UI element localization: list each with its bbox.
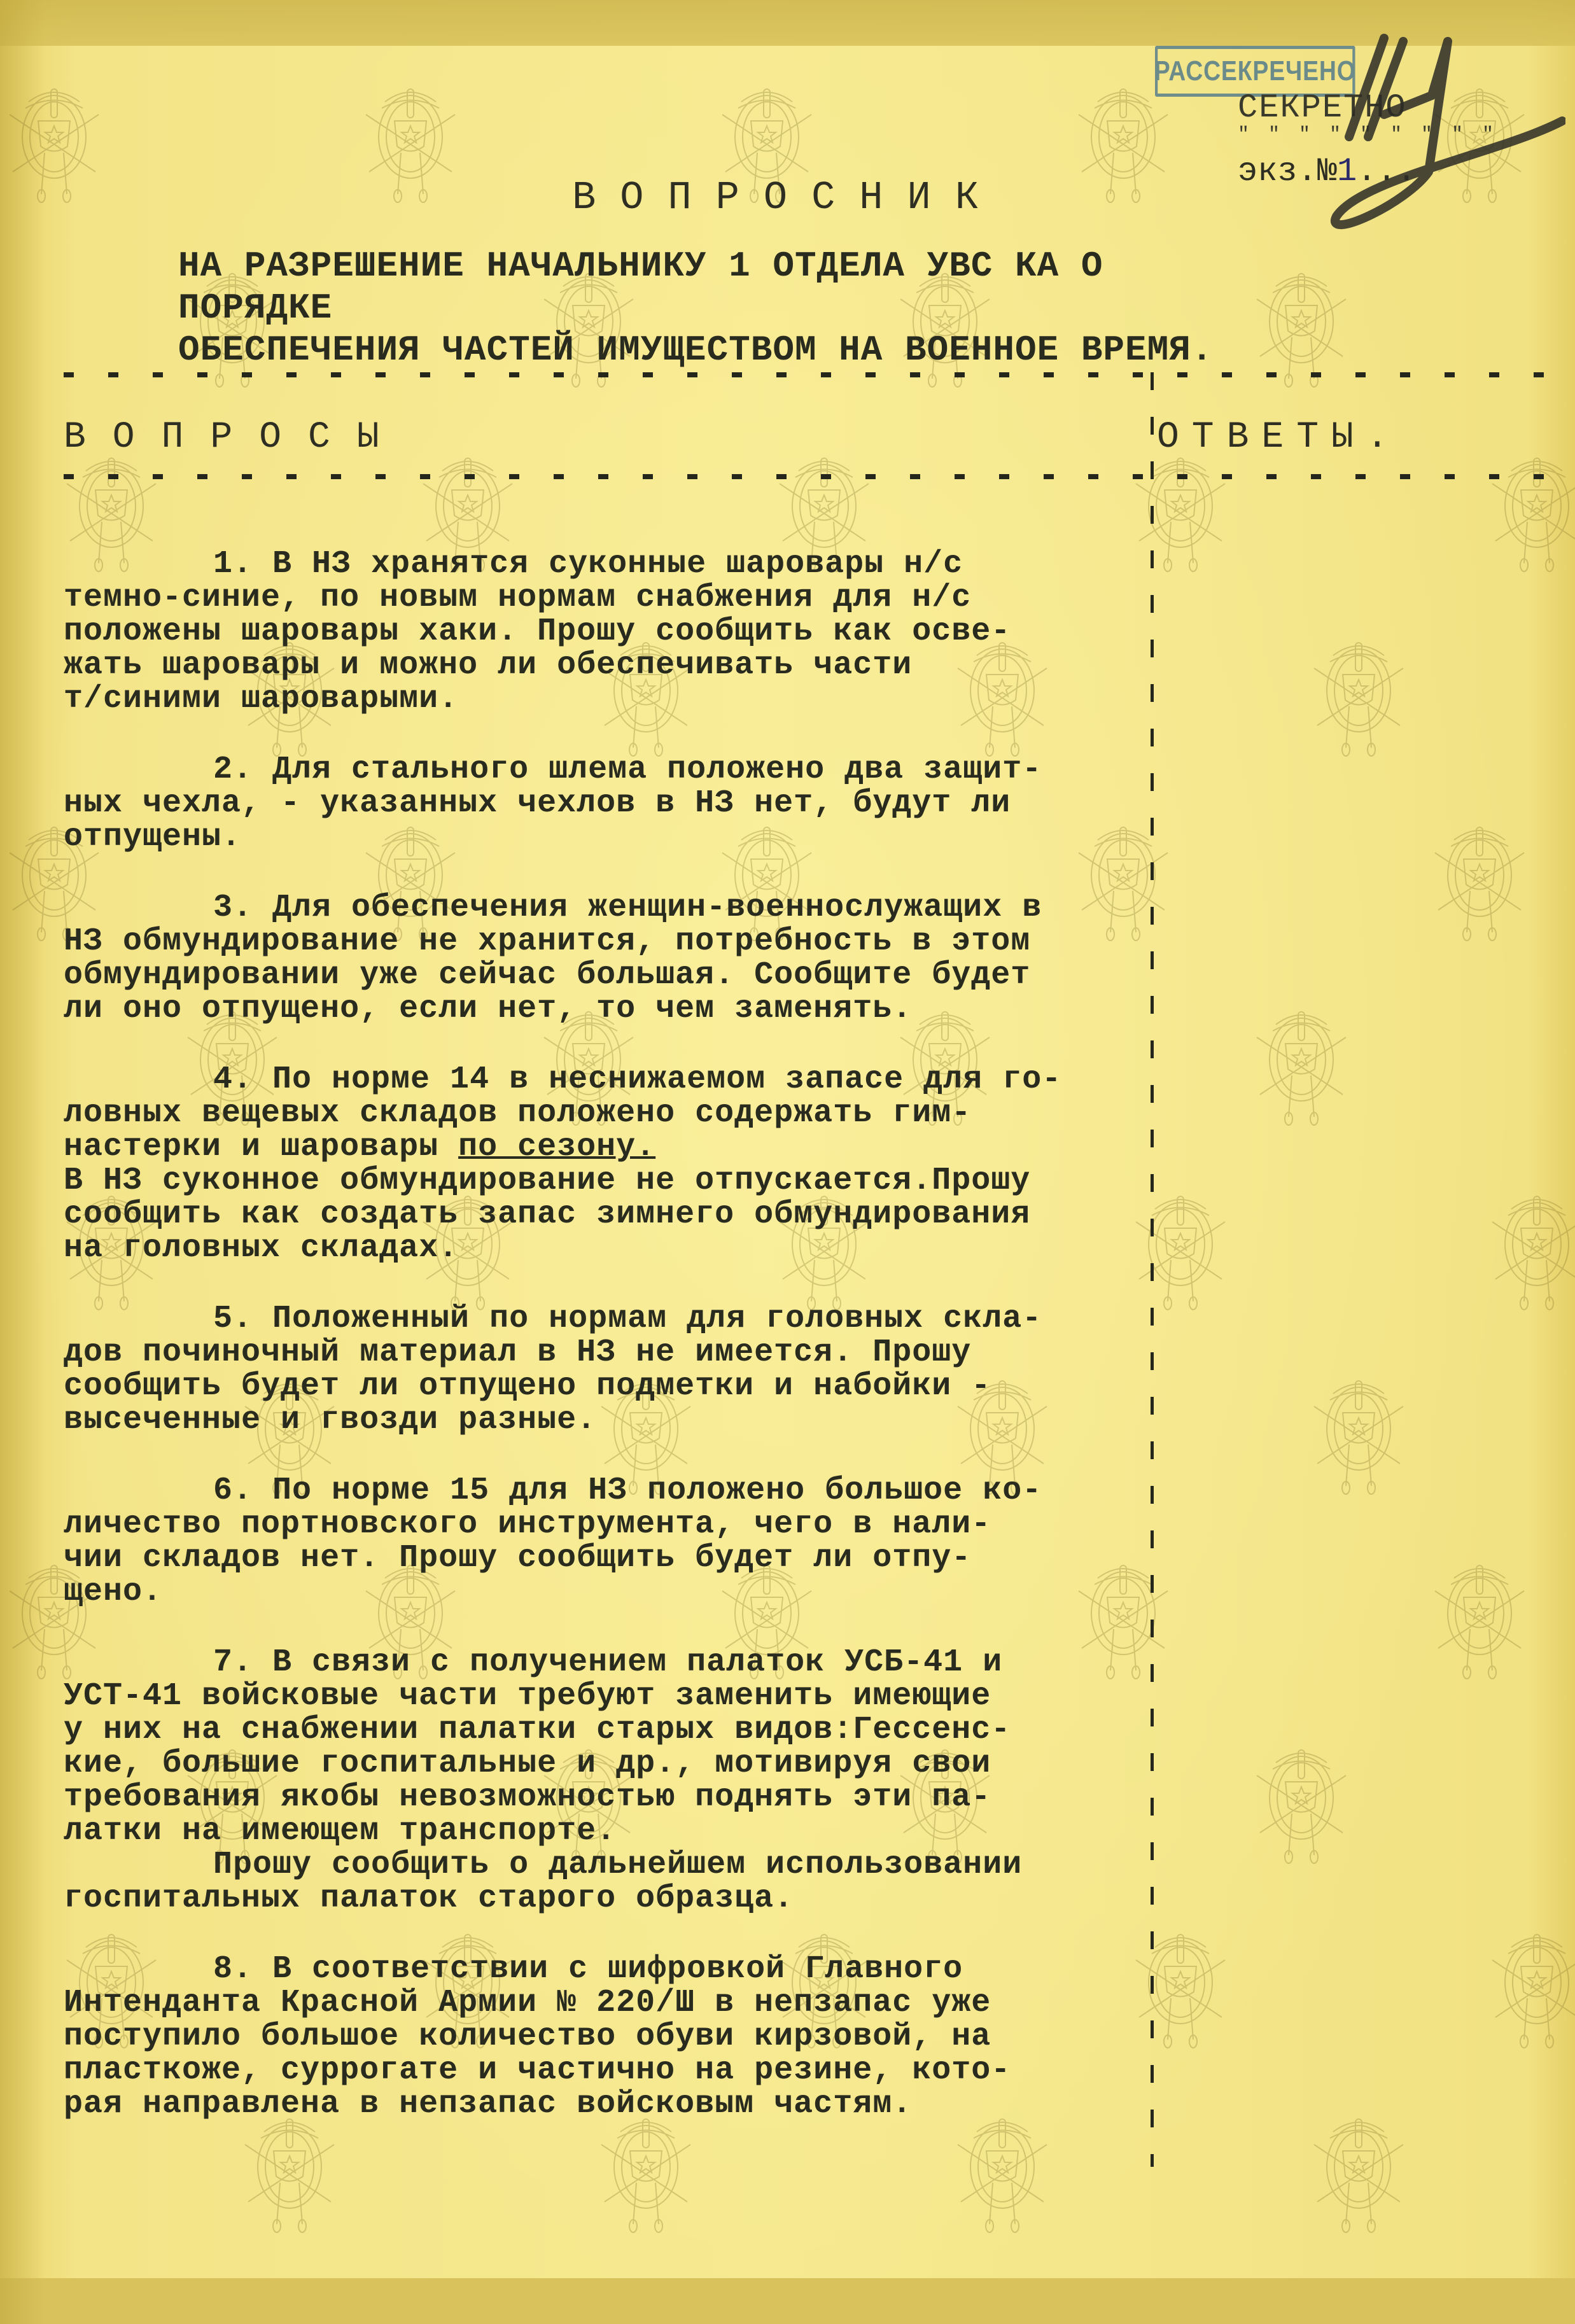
question-item: 7. В связи с получением палаток УСБ-41 и… (64, 1646, 1145, 1915)
document-title: ВОПРОСНИК (0, 175, 1575, 220)
question-line: пласткоже, суррогате и частично на резин… (64, 2054, 1145, 2087)
questions-column-header: ВОПРОСЫ (64, 417, 406, 458)
column-divider (1151, 372, 1154, 2167)
question-line: щено. (64, 1575, 1145, 1609)
question-line: дов починочный материал в НЗ не имеется.… (64, 1336, 1145, 1369)
question-line: кие, большие госпитальные и др., мотивир… (64, 1747, 1145, 1781)
question-line: обмундировании уже сейчас большая. Сообщ… (64, 958, 1145, 992)
question-line: чии складов нет. Прошу сообщить будет ли… (64, 1541, 1145, 1575)
question-line: НЗ обмундирование не хранится, потребнос… (64, 925, 1145, 958)
question-line: Прошу сообщить о дальнейшем использовани… (64, 1848, 1145, 1882)
question-line: 8. В соответствии с шифровкой Главного (64, 1952, 1145, 1986)
question-item: 3. Для обеспечения женщин-военнослужащих… (64, 891, 1145, 1026)
question-line: госпитальных палаток старого образца. (64, 1882, 1145, 1915)
divider-top (64, 372, 1575, 377)
question-line: личество портновского инструмента, чего … (64, 1508, 1145, 1541)
question-line: рая направлена в непзапас войсковым част… (64, 2087, 1145, 2121)
bottom-edge-band (0, 2278, 1575, 2324)
question-line: 3. Для обеспечения женщин-военнослужащих… (64, 891, 1145, 925)
binding-shadow (0, 0, 45, 2324)
question-line: высеченные и гвозди разные. (64, 1403, 1145, 1437)
question-line: 5. Положенный по нормам для головных скл… (64, 1302, 1145, 1336)
divider-header (64, 474, 1575, 479)
question-line: отпущены. (64, 820, 1145, 854)
question-line: требования якобы невозможностью поднять … (64, 1781, 1145, 1814)
question-line: 7. В связи с получением палаток УСБ-41 и (64, 1646, 1145, 1679)
question-line: Интенданта Красной Армии № 220/Ш в непза… (64, 1986, 1145, 2020)
question-line: ловных вещевых складов положено содержат… (64, 1096, 1145, 1130)
question-item: 8. В соответствии с шифровкой ГлавногоИн… (64, 1952, 1145, 2121)
question-line: 2. Для стального шлема положено два защи… (64, 753, 1145, 787)
question-line: В НЗ суконное обмундирование не отпускае… (64, 1164, 1145, 1198)
question-item: 4. По норме 14 в неснижаемом запасе для … (64, 1063, 1145, 1265)
answers-column-header: ОТВЕТЫ. (1157, 417, 1401, 458)
question-line: сообщить будет ли отпущено подметки и на… (64, 1369, 1145, 1403)
question-line: жать шаровары и можно ли обеспечивать ча… (64, 648, 1145, 682)
question-line: темно-синие, по новым нормам снабжения д… (64, 581, 1145, 615)
question-line: латки на имеющем транспорте. (64, 1814, 1145, 1848)
question-line: ных чехла, - указанных чехлов в НЗ нет, … (64, 787, 1145, 820)
question-line: 6. По норме 15 для НЗ положено большое к… (64, 1474, 1145, 1508)
question-item: 6. По норме 15 для НЗ положено большое к… (64, 1474, 1145, 1609)
underlined-text: по сезону. (458, 1129, 655, 1165)
question-line: на головных складах. (64, 1231, 1145, 1265)
question-line: положены шаровары хаки. Прошу сообщить к… (64, 615, 1145, 648)
question-line: сообщить как создать запас зимнего обмун… (64, 1198, 1145, 1231)
question-line: настерки и шаровары по сезону. (64, 1130, 1145, 1164)
question-line: поступило большое количество обуви кирзо… (64, 2020, 1145, 2054)
questions-list: 1. В НЗ хранятся суконные шаровары н/сте… (64, 547, 1145, 2158)
question-line: 4. По норме 14 в неснижаемом запасе для … (64, 1063, 1145, 1096)
question-item: 2. Для стального шлема положено два защи… (64, 753, 1145, 854)
question-line: 1. В НЗ хранятся суконные шаровары н/с (64, 547, 1145, 581)
subtitle-line: НА РАЗРЕШЕНИЕ НАЧАЛЬНИКУ 1 ОТДЕЛА УВС КА… (178, 245, 1273, 329)
question-line: т/синими шароварыми. (64, 682, 1145, 716)
question-line: УСТ-41 войсковые части требуют заменить … (64, 1679, 1145, 1713)
question-line: ли оно отпущено, если нет, то чем заменя… (64, 992, 1145, 1026)
subtitle-line: ОБЕСПЕЧЕНИЯ ЧАСТЕЙ ИМУЩЕСТВОМ НА ВОЕННОЕ… (178, 329, 1273, 371)
answers-column (1158, 484, 1565, 2113)
question-item: 1. В НЗ хранятся суконные шаровары н/сте… (64, 547, 1145, 716)
question-line: у них на снабжении палатки старых видов:… (64, 1713, 1145, 1747)
document-subtitle: НА РАЗРЕШЕНИЕ НАЧАЛЬНИКУ 1 ОТДЕЛА УВС КА… (178, 245, 1273, 371)
question-item: 5. Положенный по нормам для головных скл… (64, 1302, 1145, 1437)
